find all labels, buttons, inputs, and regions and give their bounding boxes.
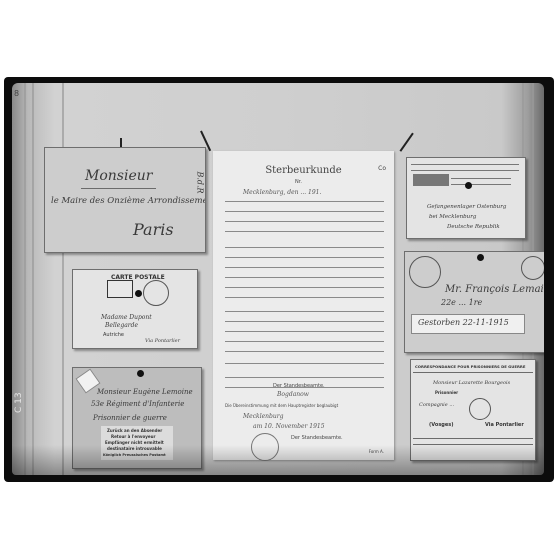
censor-box: [107, 280, 133, 298]
envelope-top-right: Gefangenenlager Ostenburg bei Mecklenbur…: [406, 157, 526, 239]
form-line: [225, 377, 384, 378]
envelope-line: Via Pontarlier: [485, 422, 524, 428]
envelope-line: Monsieur: [85, 168, 152, 184]
form-line: [225, 267, 384, 268]
postcard-line: Via Pontarlier: [145, 338, 180, 344]
envelope-line: Prisonnier: [435, 390, 458, 395]
postcard-middle-left: CARTE POSTALE Madame Dupont Bellegarde A…: [72, 269, 198, 349]
postmark-icon: [409, 256, 441, 288]
envelope-line: Monsieur Lazarette Bourgeois: [433, 380, 510, 386]
certificate-title: Sterbeurkunde: [213, 165, 394, 176]
form-line: [225, 211, 384, 212]
form-line: [225, 277, 384, 278]
form-line: [225, 287, 384, 288]
form-line: [225, 297, 384, 298]
pin-hole: [465, 182, 472, 189]
form-line: [225, 221, 384, 222]
pin-hole: [477, 254, 484, 261]
signature-label: Der Standesbeamte.: [273, 383, 325, 389]
display-board: 8 C 13 Monsieur le Maire des Onzième Arr…: [12, 83, 544, 475]
certificate-place-date: Mecklenburg, den ... 191.: [243, 189, 321, 196]
envelope-line: Compagnie ...: [419, 402, 454, 408]
date-line: am 10. November 1915: [253, 423, 325, 430]
censor-label: [413, 174, 449, 186]
envelope-header: CORRESPONDANCE POUR PRISONNIERS DE GUERR…: [415, 364, 525, 369]
postmark-icon: [521, 256, 544, 280]
pin-hole: [135, 290, 142, 297]
form-line: [225, 231, 384, 232]
envelope-top-left: Monsieur le Maire des Onzième Arrondisse…: [44, 147, 206, 253]
form-line: [225, 257, 384, 258]
envelope-line: Monsieur Eugène Lemoine: [97, 388, 193, 396]
envelope-line: bei Mecklenburg: [429, 214, 476, 220]
envelope-line: Mr. François Lemaire: [445, 284, 544, 295]
plate-corner-mark: 8: [14, 89, 19, 98]
printed-line: [451, 184, 511, 185]
form-line: [225, 311, 384, 312]
place-line: Mecklenburg: [243, 413, 283, 420]
certificate-corner-mark: Co: [378, 165, 386, 172]
plate-number: C 13: [14, 392, 24, 413]
form-line: [225, 201, 384, 202]
form-line: [225, 341, 384, 342]
envelope-line: Prisonnier de guerre: [93, 414, 167, 422]
envelope-line: Paris: [133, 220, 174, 239]
board-groove: [24, 83, 26, 475]
envelope-line: 22e ... 1re: [441, 298, 482, 307]
postcard-line: Autriche: [103, 332, 124, 338]
printed-line: [451, 178, 511, 179]
pin-hole: [137, 370, 144, 377]
postcard-line: Madame Dupont: [101, 314, 152, 321]
form-line: [225, 247, 384, 248]
certificate-number: Nr.: [295, 179, 302, 185]
postmark-icon: [469, 398, 491, 420]
envelope-line: 53e Régiment d'Infanterie: [91, 400, 184, 408]
envelope-line: le Maire des Onzième Arrondissement: [51, 196, 206, 206]
printed-line: [411, 164, 519, 165]
pin: [400, 133, 414, 152]
postcard-line: Bellegarde: [105, 322, 138, 329]
board-groove: [62, 83, 64, 475]
signature-name: Bogdanow: [277, 391, 309, 398]
vignette: [12, 445, 544, 475]
side-mark: B.d.R: [196, 171, 205, 193]
board-groove: [32, 83, 34, 475]
printed-line: [411, 170, 519, 171]
envelope-line: Gefangenenlager Ostenburg: [427, 204, 506, 210]
form-line: [225, 321, 384, 322]
printed-line: [413, 438, 533, 439]
verification-text: Die Übereinstimmung mit dem Hauptregiste…: [225, 403, 338, 408]
form-line: [225, 351, 384, 352]
glass-plate-frame: 8 C 13 Monsieur le Maire des Onzième Arr…: [4, 77, 554, 482]
form-line: [225, 363, 384, 364]
signature-label: Der Standesbeamte.: [291, 435, 343, 441]
envelope-line: Deutsche Republik: [447, 224, 500, 230]
printed-line: [413, 372, 533, 373]
form-line: [225, 331, 384, 332]
death-certificate: Sterbeurkunde Co Nr. Mecklenburg, den ..…: [213, 151, 394, 460]
postmark-icon: [143, 280, 169, 306]
deceased-label: Gestorben 22-11-1915: [411, 314, 525, 334]
envelope-middle-right: Mr. François Lemaire 22e ... 1re Gestorb…: [404, 251, 544, 353]
underline: [81, 188, 156, 189]
envelope-region: (Vosges): [429, 422, 454, 428]
